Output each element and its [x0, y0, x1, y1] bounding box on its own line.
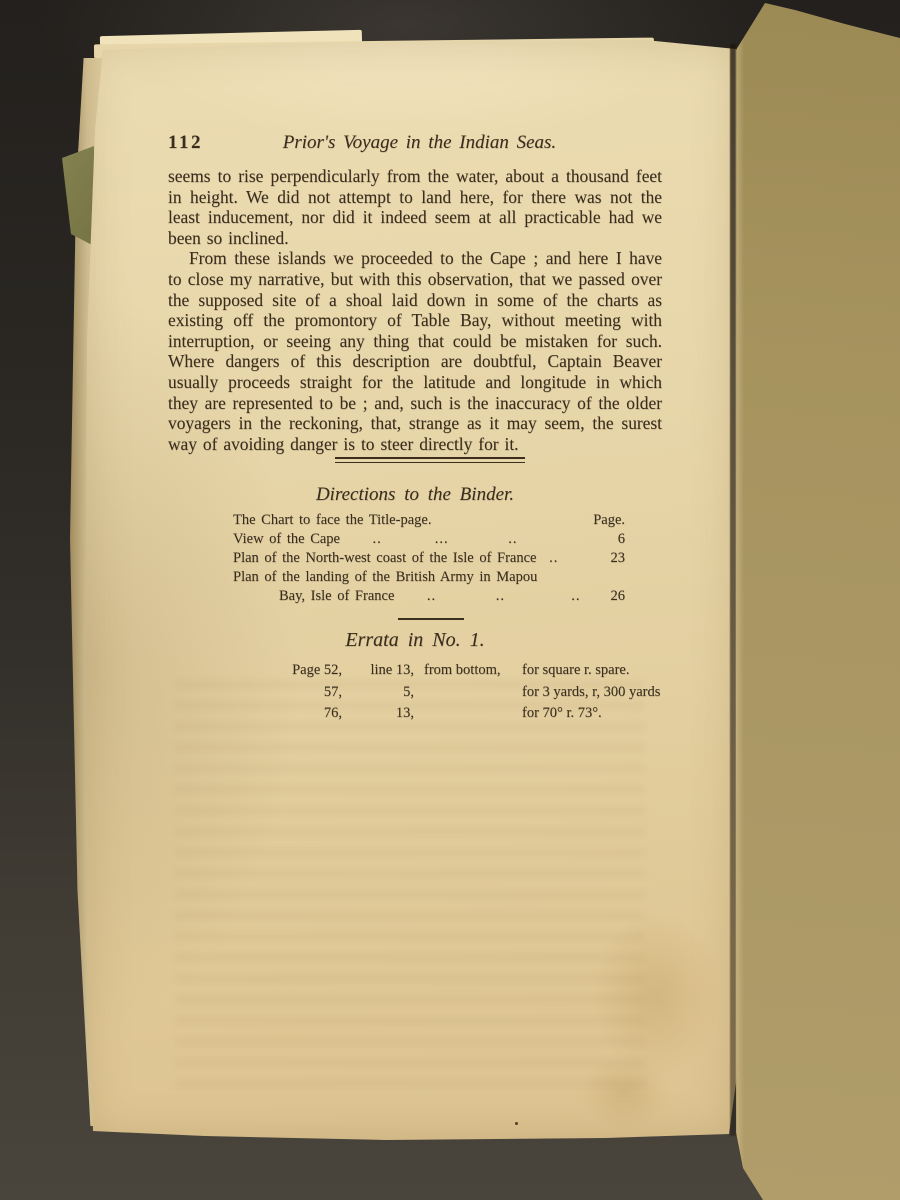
ink-speck — [515, 1122, 518, 1125]
dot-leader: .. .. .. .. — [400, 587, 583, 606]
list-item: Bay, Isle of France .. .. .. .. 26 — [233, 587, 625, 606]
turning-page — [735, 0, 900, 1200]
page-gutter-seam — [730, 44, 736, 1136]
list-item-label: Plan of the North-west coast of the Isle… — [233, 549, 536, 568]
list-item: Plan of the North-west coast of the Isle… — [233, 549, 625, 568]
photograph-of-open-book: { "colors": { "ink": "#3a2d1d", "page_pa… — [0, 0, 900, 1200]
reverse-side-showthrough — [175, 680, 645, 1100]
book-cover-edge — [62, 146, 94, 246]
book-page: 112 Prior's Voyage in the Indian Seas. s… — [85, 40, 737, 1140]
list-item: Plan of the landing of the British Army … — [233, 568, 625, 587]
list-item-page-number: 26 — [589, 587, 625, 606]
dot-leader: .. ... .. .. .. — [346, 530, 583, 549]
errata-page-ref: Page 52, — [258, 660, 342, 682]
binder-section-heading: Directions to the Binder. — [168, 484, 662, 506]
dot-leader: .. — [542, 549, 583, 568]
list-item-label: Bay, Isle of France — [233, 587, 394, 606]
errata-position-ref: from bottom, — [414, 660, 514, 682]
page-number: 112 — [168, 132, 203, 154]
list-item: View of the Cape .. ... .. .. .. 6 — [233, 530, 625, 549]
list-item-page-number: 23 — [589, 549, 625, 568]
running-title: Prior's Voyage in the Indian Seas. — [203, 132, 636, 154]
list-item-label: The Chart to face the Title-page. — [233, 511, 431, 530]
errata-correction: for square r. spare. — [514, 660, 703, 682]
paragraph: From these islands we proceeded to the C… — [168, 248, 662, 454]
list-item: The Chart to face the Title-page. Page. — [233, 511, 625, 530]
table-row: Page 52, line 13, from bottom, for squar… — [258, 660, 703, 682]
list-item-label: Plan of the landing of the British Army … — [233, 568, 537, 587]
page-column-header: Page. — [589, 511, 625, 530]
body-text: seems to rise perpendicularly from the w… — [168, 166, 662, 454]
list-item-label: View of the Cape — [233, 530, 340, 549]
single-rule-divider — [398, 618, 464, 620]
errata-section-heading: Errata in No. 1. — [168, 629, 662, 652]
binder-directions-list: The Chart to face the Title-page. Page. … — [233, 511, 625, 606]
list-item-page-number: 6 — [589, 530, 625, 549]
errata-line-ref: line 13, — [342, 660, 414, 682]
double-rule-divider — [335, 457, 525, 463]
paragraph: seems to rise perpendicularly from the w… — [168, 166, 662, 248]
page-header: 112 Prior's Voyage in the Indian Seas. — [168, 132, 662, 154]
